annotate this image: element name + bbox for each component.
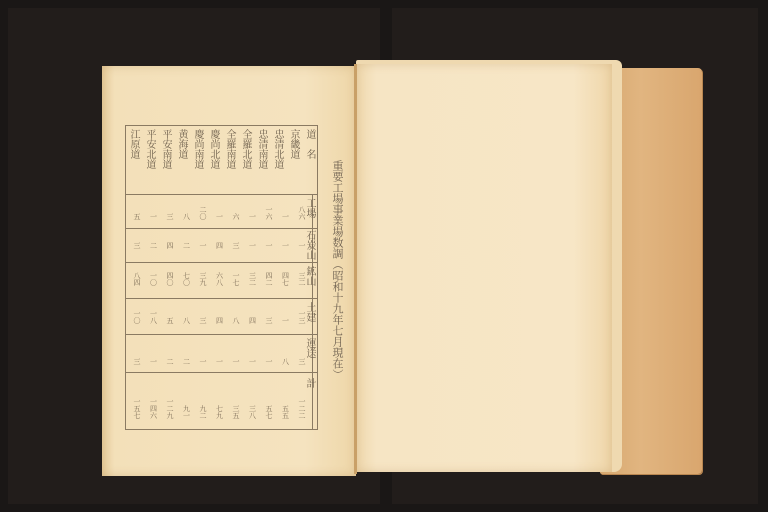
cell: 八 [178,310,192,324]
cell: 一 [145,206,159,220]
province-label: 全羅南道 [221,126,237,194]
divider [126,262,317,263]
category-label: 工場 [309,198,317,218]
divider [126,228,317,229]
cell: 一五七 [128,398,142,419]
cell: 一二九 [161,398,175,419]
cell: 八 [178,206,192,220]
header-label: 道名 [301,126,317,194]
divider [126,372,317,373]
cell: 一七 [227,272,241,286]
province-label: 京畿道 [285,126,301,194]
cell: 九二 [194,398,208,419]
cell: 二 [145,242,159,249]
cell: 七〇 [178,272,192,286]
cell: 八四 [128,272,142,286]
cell: 一四六 [145,398,159,419]
value-row: 三 八 一 一 一 一 一 二 二 一 三 [128,358,307,365]
cell: 三 [128,358,142,365]
cell: 一 [194,358,208,365]
cell: 五 [161,310,175,324]
cell: 三五 [227,398,241,419]
document-title: 重要工場事業場数調（昭和十九年七月現在） [328,160,344,380]
province-label: 平安南道 [157,126,173,194]
cell: 七九 [211,398,225,419]
cell: 三 [260,310,274,324]
province-label: 忠清北道 [269,126,285,194]
cell: 三 [128,242,142,249]
cell: 一 [145,358,159,365]
value-row: 八六 一 一六 一 六 一 二〇 八 三 一 五 [128,206,307,220]
province-label: 全羅北道 [237,126,253,194]
cell: 八六 [293,206,307,220]
cell: 四七 [277,272,291,286]
cell: 一 [244,206,258,220]
cell: 三 [161,206,175,220]
category-label: 運送 [309,338,317,358]
cell: 一 [260,242,274,249]
cell: 九一 [178,398,192,419]
divider [126,194,317,195]
data-table: 道名 京畿道 忠清北道 忠清南道 全羅北道 全羅南道 慶尚北道 慶尚南道 黄海道… [125,125,318,430]
binding-spine [354,64,357,474]
value-row-total: 一二二 五五 五七 三八 三五 七九 九二 九一 一二九 一四六 一五七 [128,398,307,419]
cell: 一三 [293,310,307,324]
province-label: 黄海道 [173,126,189,194]
cell: 二 [161,358,175,365]
cell: 一 [277,310,291,324]
cell: 五七 [260,398,274,419]
cell: 二〇 [194,206,208,220]
cell: 一 [211,206,225,220]
cell: 一 [277,206,291,220]
cell: 一六 [260,206,274,220]
cell: 四〇 [161,272,175,286]
cell: 三八 [244,398,258,419]
province-label: 慶尚北道 [205,126,221,194]
cell: 二 [178,358,192,365]
category-label: 土建 [309,302,317,322]
cell: 六八 [211,272,225,286]
cell: 四 [211,310,225,324]
category-label: 鉱山 [309,266,317,286]
cell: 一 [260,358,274,365]
value-row: 一 一 一 一 三 四 一 二 四 二 三 [128,242,307,249]
cell: 八 [227,310,241,324]
cell: 一 [293,242,307,249]
cell: 五 [128,206,142,220]
divider [126,298,317,299]
cell: 四二 [260,272,274,286]
cell: 八 [277,358,291,365]
cell: 一 [244,242,258,249]
province-label: 平安北道 [141,126,157,194]
cell: 一〇 [145,272,159,286]
cell: 一二二 [293,398,307,419]
category-label-total: 計 [309,378,317,388]
cell: 三 [293,358,307,365]
province-label: 忠清南道 [253,126,269,194]
cell: 一〇 [128,310,142,324]
cell: 四 [211,242,225,249]
cell: 四 [161,242,175,249]
cell: 三 [194,310,208,324]
cell: 三 [227,242,241,249]
cell: 二 [178,242,192,249]
cell: 一 [227,358,241,365]
cell: 六 [227,206,241,220]
divider [126,334,317,335]
cell: 一 [194,242,208,249]
right-page-blank [356,64,612,472]
cell: 三二 [244,272,258,286]
cell: 一 [211,358,225,365]
value-row: 三二 四七 四二 三二 一七 六八 三九 七〇 四〇 一〇 八四 [128,272,307,286]
cell: 五五 [277,398,291,419]
value-row: 一三 一 三 四 八 四 三 八 五 一八 一〇 [128,310,307,324]
cell: 三二 [293,272,307,286]
province-label: 慶尚南道 [189,126,205,194]
cell: 一 [244,358,258,365]
province-header-row: 道名 京畿道 忠清北道 忠清南道 全羅北道 全羅南道 慶尚北道 慶尚南道 黄海道… [126,126,317,194]
category-label: 石炭山 [309,230,317,260]
cell: 三九 [194,272,208,286]
cell: 一 [277,242,291,249]
cell: 四 [244,310,258,324]
province-label: 江原道 [125,126,141,194]
cell: 一八 [145,310,159,324]
